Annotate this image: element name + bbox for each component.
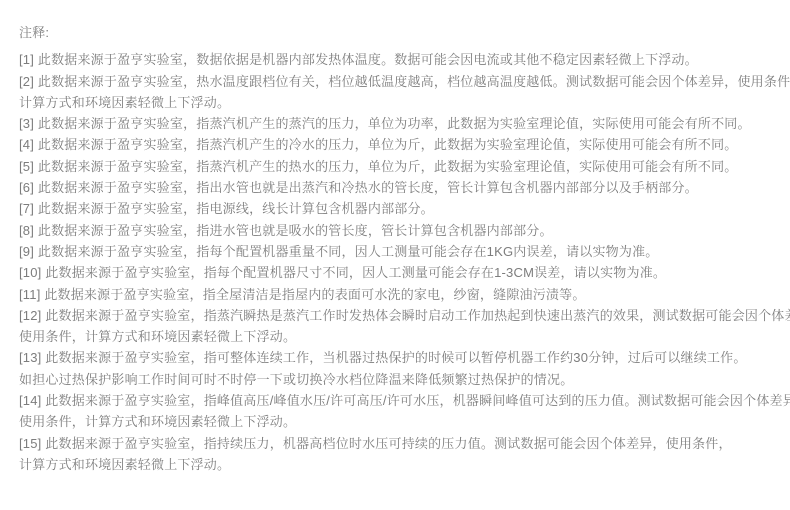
note-line: [8] 此数据来源于盈亨实验室，指进水管也就是吸水的管长度，管长计算包含机器内部… [19,220,790,241]
note-line: 如担心过热保护影响工作时间可时不时停一下或切换冷水档位降温来降低频繁过热保护的情… [19,369,790,390]
note-line: [2] 此数据来源于盈亨实验室，热水温度跟档位有关，档位越低温度越高，档位越高温… [19,71,790,92]
note-item-15: [15] 此数据来源于盈亨实验室，指持续压力，机器高档位时水压可持续的压力值。测… [19,433,790,476]
note-line: [7] 此数据来源于盈亨实验室，指电源线，线长计算包含机器内部部分。 [19,198,790,219]
note-item-12: [12] 此数据来源于盈亨实验室，指蒸汽瞬热是蒸汽工作时发热体会瞬时启动工作加热… [19,305,790,348]
note-line: 使用条件，计算方式和环境因素轻微上下浮动。 [19,411,790,432]
notes-title: 注释: [19,22,790,43]
note-line: [15] 此数据来源于盈亨实验室，指持续压力，机器高档位时水压可持续的压力值。测… [19,433,790,454]
note-item-5: [5] 此数据来源于盈亨实验室，指蒸汽机产生的热水的压力，单位为斤，此数据为实验… [19,156,790,177]
note-line: 计算方式和环境因素轻微上下浮动。 [19,92,790,113]
note-item-13: [13] 此数据来源于盈亨实验室，指可整体连续工作，当机器过热保护的时候可以暂停… [19,347,790,390]
note-line: [9] 此数据来源于盈亨实验室，指每个配置机器重量不同，因人工测量可能会存在1K… [19,241,790,262]
note-line: 计算方式和环境因素轻微上下浮动。 [19,454,790,475]
note-line: [1] 此数据来源于盈亨实验室，数据依据是机器内部发热体温度。数据可能会因电流或… [19,49,790,70]
note-item-8: [8] 此数据来源于盈亨实验室，指进水管也就是吸水的管长度，管长计算包含机器内部… [19,220,790,241]
note-item-7: [7] 此数据来源于盈亨实验室，指电源线，线长计算包含机器内部部分。 [19,198,790,219]
notes-page: 注释: [1] 此数据来源于盈亨实验室，数据依据是机器内部发热体温度。数据可能会… [0,0,790,510]
note-line: [3] 此数据来源于盈亨实验室，指蒸汽机产生的蒸汽的压力，单位为功率，此数据为实… [19,113,790,134]
note-line: [5] 此数据来源于盈亨实验室，指蒸汽机产生的热水的压力，单位为斤，此数据为实验… [19,156,790,177]
note-line: [4] 此数据来源于盈亨实验室，指蒸汽机产生的冷水的压力，单位为斤，此数据为实验… [19,134,790,155]
note-item-6: [6] 此数据来源于盈亨实验室，指出水管也就是出蒸汽和冷热水的管长度，管长计算包… [19,177,790,198]
note-item-2: [2] 此数据来源于盈亨实验室，热水温度跟档位有关，档位越低温度越高，档位越高温… [19,71,790,114]
note-item-10: [10] 此数据来源于盈亨实验室，指每个配置机器尺寸不同，因人工测量可能会存在1… [19,262,790,283]
note-item-9: [9] 此数据来源于盈亨实验室，指每个配置机器重量不同，因人工测量可能会存在1K… [19,241,790,262]
note-line: [6] 此数据来源于盈亨实验室，指出水管也就是出蒸汽和冷热水的管长度，管长计算包… [19,177,790,198]
note-item-11: [11] 此数据来源于盈亨实验室，指全屋清洁是指屋内的表面可水洗的家电，纱窗，缝… [19,284,790,305]
note-item-1: [1] 此数据来源于盈亨实验室，数据依据是机器内部发热体温度。数据可能会因电流或… [19,49,790,70]
note-line: [13] 此数据来源于盈亨实验室，指可整体连续工作，当机器过热保护的时候可以暂停… [19,347,790,368]
note-item-3: [3] 此数据来源于盈亨实验室，指蒸汽机产生的蒸汽的压力，单位为功率，此数据为实… [19,113,790,134]
note-line: [12] 此数据来源于盈亨实验室，指蒸汽瞬热是蒸汽工作时发热体会瞬时启动工作加热… [19,305,790,326]
note-line: [14] 此数据来源于盈亨实验室，指峰值高压/峰值水压/许可高压/许可水压，机器… [19,390,790,411]
note-line: 使用条件，计算方式和环境因素轻微上下浮动。 [19,326,790,347]
note-item-4: [4] 此数据来源于盈亨实验室，指蒸汽机产生的冷水的压力，单位为斤，此数据为实验… [19,134,790,155]
note-line: [11] 此数据来源于盈亨实验室，指全屋清洁是指屋内的表面可水洗的家电，纱窗，缝… [19,284,790,305]
notes-list: [1] 此数据来源于盈亨实验室，数据依据是机器内部发热体温度。数据可能会因电流或… [19,49,790,475]
note-line: [10] 此数据来源于盈亨实验室，指每个配置机器尺寸不同，因人工测量可能会存在1… [19,262,790,283]
note-item-14: [14] 此数据来源于盈亨实验室，指峰值高压/峰值水压/许可高压/许可水压，机器… [19,390,790,433]
